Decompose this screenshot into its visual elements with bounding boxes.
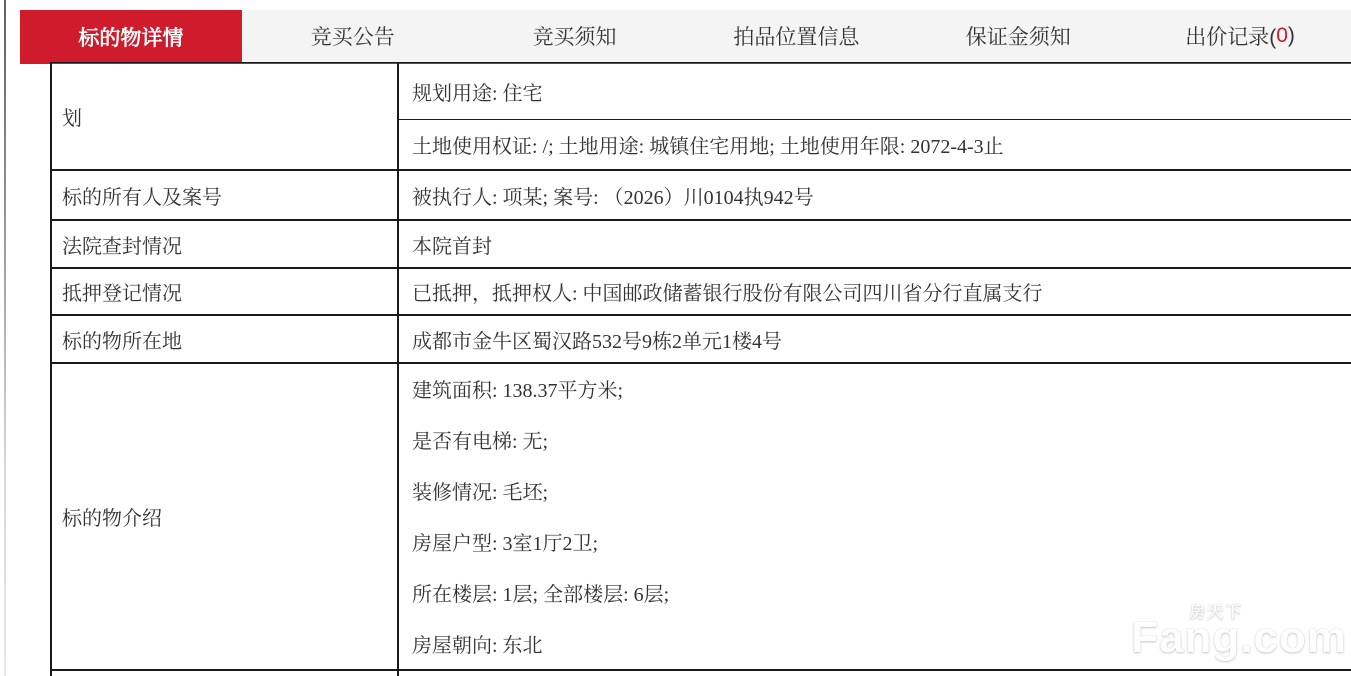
- row-label: 划: [52, 63, 399, 169]
- row-label-text: 划: [62, 102, 82, 131]
- tab-label: 竞买须知: [533, 21, 617, 51]
- row-value-text: 被执行人: 项某; 案号: （2026）川0104执942号: [412, 181, 814, 210]
- land-use-text: 土地使用权证: /; 土地用途: 城镇住宅用地; 土地使用年限: 2072-4-…: [412, 130, 1004, 159]
- tab-bid-records[interactable]: 出价记录(0): [1129, 10, 1351, 62]
- table-row-court-seizure: 法院查封情况 本院首封: [52, 221, 1351, 269]
- row-label-text: 标的物所在地: [62, 325, 182, 354]
- row-label-text: 标的所有人及案号: [62, 181, 222, 210]
- fang-watermark-cn: 房天下: [1189, 605, 1243, 621]
- row-label: 法院查封情况: [52, 221, 399, 267]
- tab-bidding-instructions[interactable]: 竞买须知: [464, 10, 686, 62]
- tab-label-prefix: 出价记录(: [1185, 21, 1276, 51]
- row-value-text: 成都市金牛区蜀汉路532号9栋2单元1楼4号: [412, 325, 782, 354]
- row-value: [399, 671, 1351, 676]
- row-value: 已抵押，抵押权人: 中国邮政储蓄银行股份有限公司四川省分行直属支行: [399, 269, 1351, 314]
- row-label: 标的所有人及案号: [52, 171, 399, 219]
- table-row-address: 标的物所在地 成都市金牛区蜀汉路532号9栋2单元1楼4号: [52, 316, 1351, 364]
- intro-line-area: 建筑面积: 138.37平方米;: [412, 366, 1351, 417]
- table-row-owner-case: 标的所有人及案号 被执行人: 项某; 案号: （2026）川0104执942号: [52, 171, 1351, 221]
- intro-line-elevator: 是否有电梯: 无;: [412, 417, 1351, 468]
- planning-sub-rows: 规划用途: 住宅 土地使用权证: /; 土地用途: 城镇住宅用地; 土地使用年限…: [399, 63, 1351, 169]
- tab-auction-announcement[interactable]: 竞买公告: [242, 10, 464, 62]
- row-value: 本院首封: [399, 221, 1351, 267]
- row-label-text: 法院查封情况: [62, 230, 182, 259]
- tab-subject-details[interactable]: 标的物详情: [20, 10, 242, 64]
- tab-label-suffix: ): [1288, 24, 1295, 48]
- row-label: [52, 671, 399, 676]
- intro-line-decoration: 装修情况: 毛坯;: [412, 468, 1351, 519]
- detail-tab-bar: 标的物详情 竞买公告 竞买须知 拍品位置信息 保证金须知 出价记录(0): [20, 10, 1351, 64]
- row-value: 被执行人: 项某; 案号: （2026）川0104执942号: [399, 171, 1351, 219]
- planning-use-text: 规划用途: 住宅: [412, 77, 543, 106]
- row-value: 成都市金牛区蜀汉路532号9栋2单元1楼4号: [399, 316, 1351, 362]
- tab-location-info[interactable]: 拍品位置信息: [685, 10, 907, 62]
- row-label: 标的物所在地: [52, 316, 399, 362]
- land-use-cell: 土地使用权证: /; 土地用途: 城镇住宅用地; 土地使用年限: 2072-4-…: [399, 120, 1351, 169]
- row-label-text: 抵押登记情况: [62, 277, 182, 306]
- page-edge-line: [4, 0, 6, 676]
- table-row-cutoff: [52, 671, 1351, 676]
- row-value-text: 已抵押，抵押权人: 中国邮政储蓄银行股份有限公司四川省分行直属支行: [412, 277, 1043, 306]
- intro-line-layout: 房屋户型: 3室1厅2卫;: [412, 519, 1351, 570]
- planning-use-cell: 规划用途: 住宅: [399, 63, 1351, 120]
- tab-deposit-instructions[interactable]: 保证金须知: [907, 10, 1129, 62]
- bid-count: 0: [1276, 24, 1288, 48]
- table-row-mortgage: 抵押登记情况 已抵押，抵押权人: 中国邮政储蓄银行股份有限公司四川省分行直属支行: [52, 269, 1351, 316]
- row-value-text: 本院首封: [412, 230, 492, 259]
- tab-label: 标的物详情: [78, 22, 183, 52]
- table-row-planning: 划 规划用途: 住宅 土地使用权证: /; 土地用途: 城镇住宅用地; 土地使用…: [52, 63, 1351, 171]
- row-label: 标的物介绍: [52, 364, 399, 669]
- tab-label: 保证金须知: [966, 21, 1071, 51]
- row-label-text: 标的物介绍: [62, 502, 162, 531]
- property-detail-table: 划 规划用途: 住宅 土地使用权证: /; 土地用途: 城镇住宅用地; 土地使用…: [50, 62, 1351, 676]
- tab-label: 拍品位置信息: [733, 21, 859, 51]
- tab-label: 竞买公告: [311, 21, 395, 51]
- row-label: 抵押登记情况: [52, 269, 399, 314]
- fang-watermark: 房天下 Fang.com: [1131, 616, 1347, 660]
